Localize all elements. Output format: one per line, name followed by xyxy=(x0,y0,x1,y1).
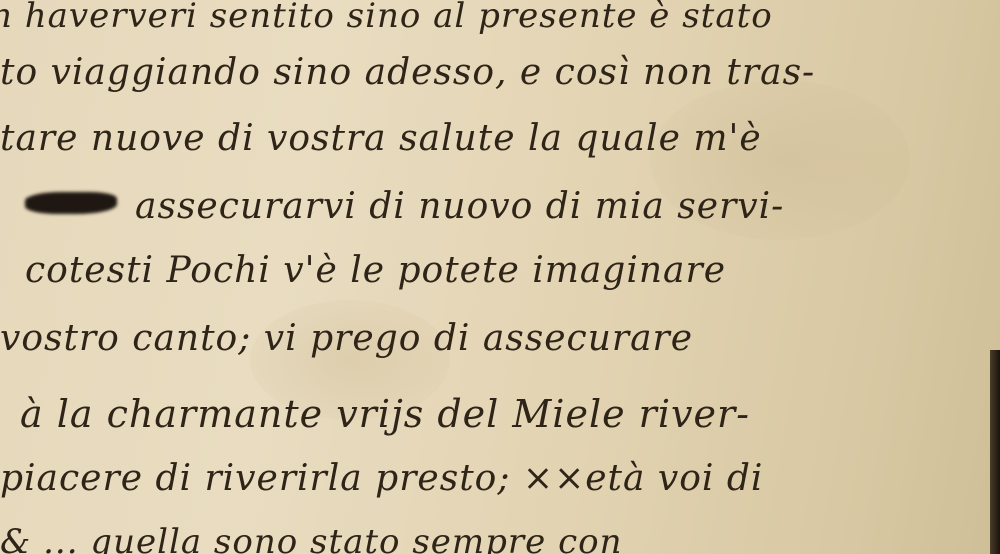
ink-blot xyxy=(25,192,117,214)
manuscript-line: & ... quella sono stato sempre con xyxy=(0,522,623,554)
manuscript-line: à la charmante vrijs del Miele river- xyxy=(20,392,750,436)
manuscript-line: assecurarvi di nuovo di mia servi- xyxy=(135,186,784,227)
manuscript-line: piacere di riverirla presto; ××età voi d… xyxy=(0,458,763,499)
manuscript-line: tare nuove di vostra salute la quale m'è xyxy=(0,118,762,159)
page-edge xyxy=(990,350,1000,554)
manuscript-line: cotesti Pochi v'è le potete imaginare xyxy=(25,250,726,291)
manuscript-line: to viaggiando sino adesso, e così non tr… xyxy=(0,52,815,93)
manuscript-line: vostro canto; vi prego di assecurare xyxy=(0,318,693,359)
manuscript-line: n haververi sentito sino al presente è s… xyxy=(0,0,773,36)
